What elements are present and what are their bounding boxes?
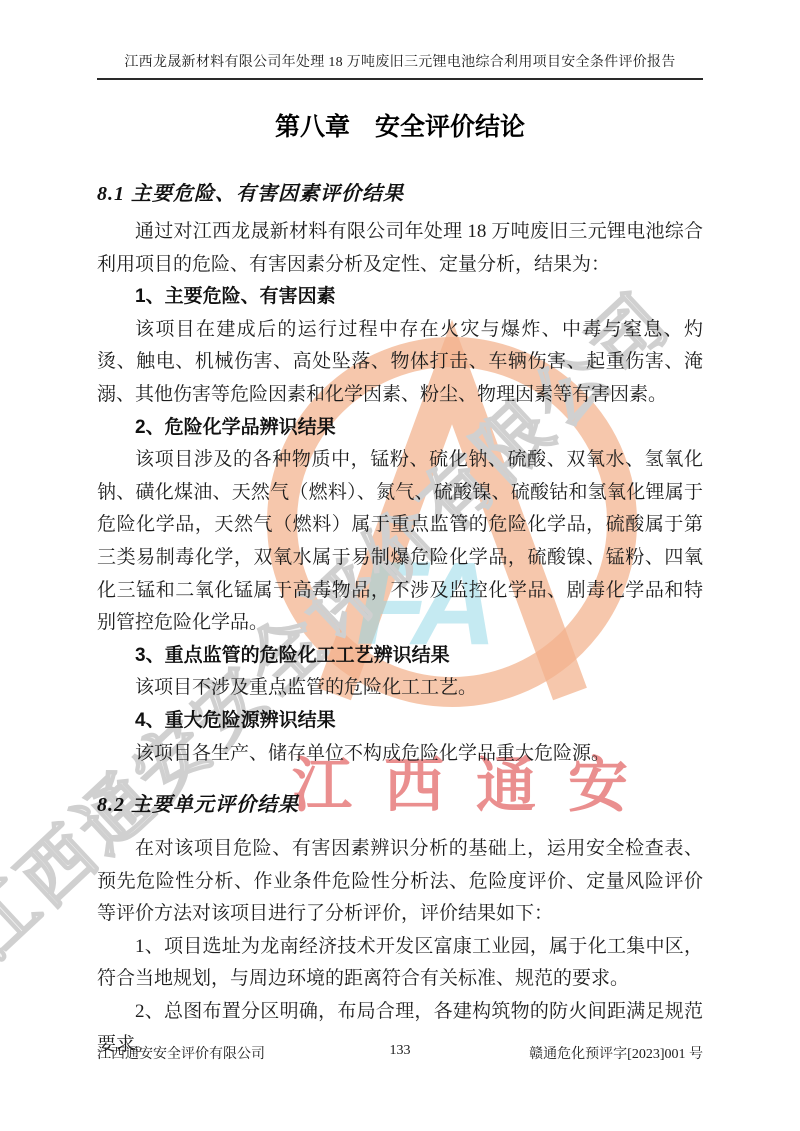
- numbered-heading-4: 4、重大危险源辨识结果: [97, 705, 703, 738]
- numbered-heading-3: 3、重点监管的危险化工工艺辨识结果: [97, 640, 703, 673]
- section-heading-8-1: 8.1 主要危险、有害因素评价结果: [97, 177, 703, 206]
- header-rule: [97, 78, 703, 80]
- footer-doc-number: 赣通危化预评字[2023]001 号: [529, 1043, 703, 1063]
- report-page: FA 江西通安安全评价有限公司 江西通安 江西龙晟新材料有限公司年处理 18 万…: [0, 0, 800, 1131]
- section-heading-8-2: 8.2 主要单元评价结果: [97, 788, 703, 817]
- paragraph: 该项目在建成后的运行过程中存在火灾与爆炸、中毒与窒息、灼烫、触电、机械伤害、高处…: [97, 314, 703, 412]
- paragraph: 该项目涉及的各种物质中，锰粉、硫化钠、硫酸、双氧水、氢氧化钠、磺化煤油、天然气（…: [97, 444, 703, 640]
- chapter-title: 第八章 安全评价结论: [97, 107, 703, 143]
- numbered-heading-1: 1、主要危险、有害因素: [97, 281, 703, 314]
- paragraph: 该项目不涉及重点监管的危险化工工艺。: [97, 672, 703, 705]
- paragraph: 该项目各生产、储存单位不构成危险化学品重大危险源。: [97, 738, 703, 771]
- paragraph: 通过对江西龙晟新材料有限公司年处理 18 万吨废旧三元锂电池综合利用项目的危险、…: [97, 216, 703, 281]
- page-content: 江西龙晟新材料有限公司年处理 18 万吨废旧三元锂电池综合利用项目安全条件评价报…: [97, 0, 703, 1061]
- running-header: 江西龙晟新材料有限公司年处理 18 万吨废旧三元锂电池综合利用项目安全条件评价报…: [97, 0, 703, 71]
- paragraph: 在对该项目危险、有害因素辨识分析的基础上，运用安全检查表、预先危险性分析、作业条…: [97, 833, 703, 931]
- paragraph: 1、项目选址为龙南经济技术开发区富康工业园，属于化工集中区，符合当地规划，与周边…: [97, 931, 703, 996]
- numbered-heading-2: 2、危险化学品辨识结果: [97, 412, 703, 445]
